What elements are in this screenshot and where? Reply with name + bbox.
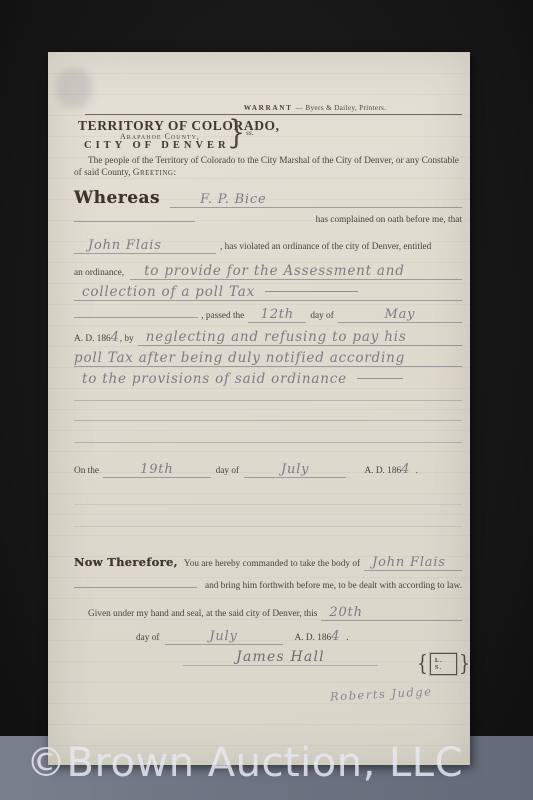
seal-brace-left: {	[417, 652, 428, 677]
passed-day: 12th	[261, 307, 294, 322]
on-the-label: On the	[74, 466, 99, 476]
issuance-month-blank: July	[165, 629, 283, 645]
accused-blank: John Flais	[74, 238, 216, 254]
passed-day-blank: 12th	[248, 307, 306, 323]
seal: { L. S. }	[417, 653, 470, 675]
passed-month-blank: May	[338, 307, 462, 323]
issuance-month: July	[209, 629, 237, 644]
signature-line: James Hall	[183, 649, 378, 666]
bring-line: and bring him forthwith before me, to be…	[74, 581, 462, 591]
complained-text: has complained on oath before me, that	[316, 215, 462, 225]
whereas-label: Whereas	[74, 188, 160, 208]
offense-line-3: to the provisions of said ordinance	[74, 371, 347, 387]
complained-line: has complained on oath before me, that	[74, 215, 462, 225]
salutation: The people of the Territory of Colorado …	[74, 156, 461, 179]
on-day: 19th	[140, 462, 173, 477]
on-period: .	[416, 466, 418, 476]
form-rule	[74, 442, 462, 443]
command-name-blank: John Flais	[364, 555, 462, 571]
ad-by-label: , by	[120, 334, 134, 344]
issuance-day-of-label: day of	[136, 633, 160, 643]
ad-digit: 4	[111, 330, 120, 345]
passed-day-of-label: day of	[310, 311, 334, 321]
printer-imprint: WARRANT — Byers & Dailey, Printers.	[168, 103, 462, 112]
on-day-blank: 19th	[103, 462, 211, 478]
complainant-name: F. P. Bice	[170, 192, 266, 207]
given-day-blank: 20th	[321, 605, 462, 621]
command-line: Now Therefore, You are hereby commanded …	[74, 555, 462, 571]
an-ordinance-label: an ordinance,	[74, 268, 124, 278]
form-rule	[74, 504, 462, 505]
offense-blank-2: poll Tax after being duly notified accor…	[74, 350, 462, 367]
form-rule	[74, 400, 462, 401]
offense-blank-1: neglecting and refusing to pay his	[138, 329, 462, 346]
on-date-line: On the 19th day of July A. D. 1864 .	[74, 462, 418, 478]
whereas-line: Whereas F. P. Bice	[74, 188, 462, 208]
bring-blank	[74, 587, 197, 588]
issuance-year-prefix: A. D. 186	[295, 633, 332, 643]
pen-dash-2	[357, 378, 404, 379]
command-text: You are hereby commanded to take the bod…	[184, 559, 360, 569]
given-day: 20th	[321, 605, 362, 620]
ad-by-line: A. D. 1864, by neglecting and refusing t…	[74, 329, 462, 346]
complained-blank	[74, 221, 195, 222]
passed-blank	[74, 317, 198, 318]
header-city: CITY OF DENVER.	[84, 140, 236, 151]
offense-line-2-row: poll Tax after being duly notified accor…	[74, 350, 462, 367]
offense-line-1: neglecting and refusing to pay his	[138, 329, 407, 345]
ordinance-line-1: an ordinance, to provide for the Assessm…	[74, 263, 462, 280]
issuance-date-line: day of July A. D. 1864 .	[136, 629, 349, 645]
salutation-text: The people of the Territory of Colorado …	[74, 156, 459, 178]
violated-text: , has violated an ordinance of the city …	[220, 242, 431, 252]
ordinance-title-blank-2: collection of a poll Tax	[74, 284, 462, 301]
ordinance-title-blank-1: to provide for the Assessment and	[130, 263, 462, 280]
passed-line: , passed the 12th day of May	[74, 307, 462, 323]
given-line: Given under my hand and seal, at the sai…	[88, 605, 462, 621]
seal-brace-right: }	[459, 652, 470, 677]
pen-dash	[265, 291, 358, 292]
on-month: July	[281, 462, 309, 477]
official-signature: James Hall	[236, 649, 325, 665]
accused-name: John Flais	[74, 238, 162, 253]
bring-text: and bring him forthwith before me, to be…	[205, 581, 462, 591]
on-year-prefix: A. D. 186	[364, 466, 401, 476]
signature-blank: James Hall	[183, 649, 378, 666]
warrant-document: WARRANT — Byers & Dailey, Printers. TERR…	[48, 52, 470, 765]
given-text: Given under my hand and seal, at the sai…	[88, 609, 317, 619]
salutation-greeting: Greeting:	[133, 168, 177, 178]
issuance-period: .	[346, 633, 348, 643]
on-month-blank: July	[244, 462, 346, 478]
now-therefore-label: Now Therefore,	[74, 555, 178, 569]
header-ss: ss.	[246, 128, 254, 137]
judge-signature: Roberts Judge	[330, 684, 433, 703]
form-rule	[74, 420, 462, 421]
watermark: ©Brown Auction, LLC	[26, 740, 463, 786]
command-name: John Flais	[364, 555, 446, 570]
printer-imprint-title: WARRANT	[244, 103, 293, 112]
offense-line-2: poll Tax after being duly notified accor…	[74, 350, 405, 366]
seal-label: L. S.	[430, 653, 457, 675]
passed-the-label: , passed the	[201, 311, 244, 321]
accused-line: John Flais , has violated an ordinance o…	[74, 238, 462, 254]
passed-month: May	[385, 307, 416, 322]
on-day-of-label: day of	[216, 466, 240, 476]
auction-photo: WARRANT — Byers & Dailey, Printers. TERR…	[0, 0, 533, 800]
printer-imprint-firm: — Byers & Dailey, Printers.	[296, 103, 387, 112]
pencil-smudge	[56, 68, 92, 108]
on-year-digit: 4	[401, 462, 410, 477]
complainant-blank: F. P. Bice	[170, 192, 462, 208]
ordinance-line-2: collection of a poll Tax	[74, 284, 462, 301]
header-rule	[85, 114, 462, 115]
ad-prefix: A. D. 186	[74, 334, 111, 344]
issuance-year-digit: 4	[331, 629, 340, 644]
ordinance-title-2: collection of a poll Tax	[74, 284, 255, 300]
brace-glyph: }	[228, 112, 245, 151]
offense-line-3-row: to the provisions of said ordinance	[74, 371, 462, 387]
form-rule	[74, 526, 462, 527]
ordinance-title-1: to provide for the Assessment and	[130, 263, 405, 279]
